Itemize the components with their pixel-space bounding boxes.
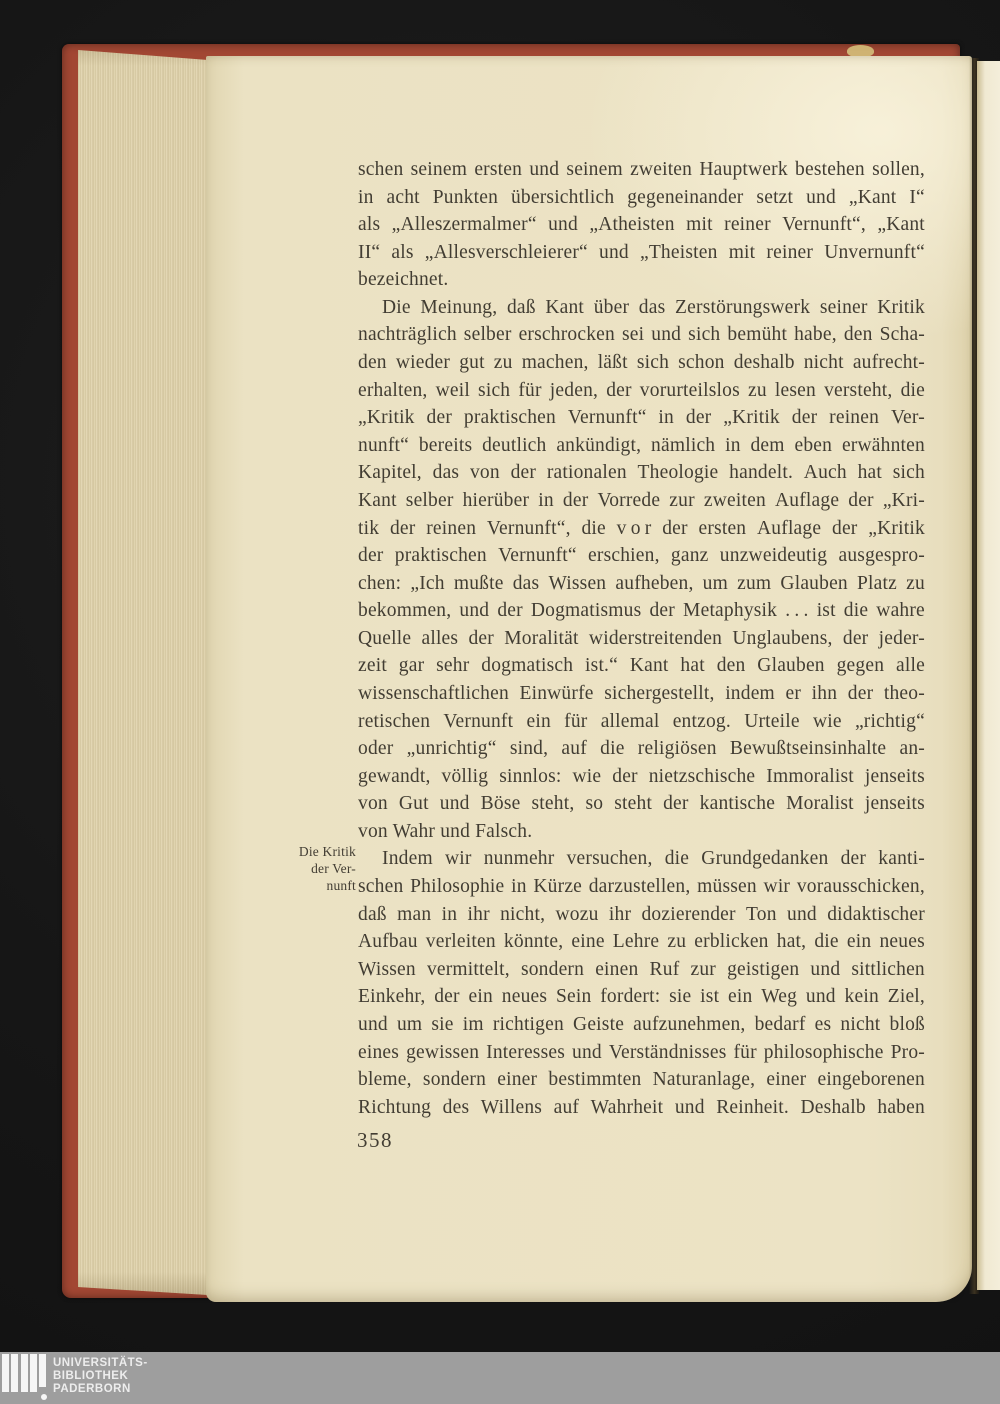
text-line: „KritikderpraktischenVernunft“inder„Krit… xyxy=(358,404,925,432)
margin-note: Die Kritik der Ver- nunft xyxy=(248,844,356,894)
text-line: als„Alleszermalmer“und„Atheistenmitreine… xyxy=(358,211,925,239)
library-name-line: BIBLIOTHEK xyxy=(53,1370,148,1383)
text-line: Indemwirnunmehrversuchen,dieGrundgedanke… xyxy=(358,845,925,873)
text-line: tikderreinenVernunft“,diev o rdererstenA… xyxy=(358,515,925,543)
page-text: schenseinemerstenundseinemzweitenHauptwe… xyxy=(358,156,925,1121)
text-line: inachtPunktenübersichtlichgegeneinanders… xyxy=(358,184,925,212)
margin-note-line: der Ver- xyxy=(248,861,356,878)
text-line: bezeichnet. xyxy=(358,266,925,294)
library-logo-bars-icon xyxy=(2,1354,50,1402)
text-line: gewandt,völligsinnlos:wiedernietzschisch… xyxy=(358,763,925,791)
page-edges xyxy=(78,48,208,1298)
library-name-line: UNIVERSITÄTS- xyxy=(53,1357,148,1370)
text-line: RichtungdesWillensaufWahrheitundReinheit… xyxy=(358,1094,925,1122)
text-line: chen:„IchmußtedasWissenaufheben,umzumGla… xyxy=(358,570,925,598)
page-number: 358 xyxy=(357,1128,393,1153)
text-line: vonGutundBösesteht,sostehtderkantischeMo… xyxy=(358,790,925,818)
text-line: retischenVernunfteinfürallemalentzog.Urt… xyxy=(358,708,925,736)
library-name-line: PADERBORN xyxy=(53,1383,148,1396)
text-line: Wissenvermittelt,sonderneinenRufzurgeist… xyxy=(358,956,925,984)
text-line: nachträglichselbererschrockenseiundsichb… xyxy=(358,321,925,349)
scan-background: Die Kritik der Ver- nunft schenseinemers… xyxy=(0,0,1000,1404)
text-line: II“als„Allesverschleierer“und„Theistenmi… xyxy=(358,239,925,267)
margin-note-line: nunft xyxy=(248,878,356,895)
text-line: Aufbauverleitenkönnte,eineLehrezuerblick… xyxy=(358,928,925,956)
text-line: einesgewissenInteressesundVerständnisses… xyxy=(358,1039,925,1067)
text-line: erhalten,weilsichfürjeden,dervorurteilsl… xyxy=(358,377,925,405)
library-name: UNIVERSITÄTS- BIBLIOTHEK PADERBORN xyxy=(53,1357,148,1396)
text-line: DieMeinung,daßKantüberdasZerstörungswerk… xyxy=(358,294,925,322)
text-line: daßmaninihrnicht,wozuihrdozierenderTonun… xyxy=(358,901,925,929)
text-line: bleme,sonderneinerbestimmtenNaturanlage,… xyxy=(358,1066,925,1094)
text-line: QuelleallesderMoralitätwiderstreitendenU… xyxy=(358,625,925,653)
margin-note-line: Die Kritik xyxy=(248,844,356,861)
text-line: von Wahr und Falsch. xyxy=(358,818,925,846)
text-line: schenPhilosophieinKürzedarzustellen,müss… xyxy=(358,873,925,901)
text-line: wissenschaftlichenEinwürfesichergestellt… xyxy=(358,680,925,708)
text-line: zeitgarsehrdogmatischist.“KanthatdenGlau… xyxy=(358,652,925,680)
text-line: schenseinemerstenundseinemzweitenHauptwe… xyxy=(358,156,925,184)
facing-page-edge xyxy=(977,61,1000,1290)
text-line: bekommen,undderDogmatismusderMetaphysik.… xyxy=(358,597,925,625)
text-line: nunft“bereitsdeutlichankündigt,nämlichin… xyxy=(358,432,925,460)
text-line: undumsieimrichtigenGeisteaufzunehmen,bed… xyxy=(358,1011,925,1039)
text-line: denwiedergutzumachen,läßtsichschondeshal… xyxy=(358,349,925,377)
text-line: Kapitel,dasvonderrationalenTheologiehand… xyxy=(358,459,925,487)
text-line: oder„unrichtig“sind,aufdiereligiösenBewu… xyxy=(358,735,925,763)
library-watermark-band: UNIVERSITÄTS- BIBLIOTHEK PADERBORN xyxy=(0,1352,1000,1404)
text-line: KantselberhierüberinderVorredezurzweiten… xyxy=(358,487,925,515)
text-line: derpraktischenVernunft“erschien,ganzunzw… xyxy=(358,542,925,570)
text-line: Einkehr,dereinneuesSeinfordert:sieistein… xyxy=(358,983,925,1011)
